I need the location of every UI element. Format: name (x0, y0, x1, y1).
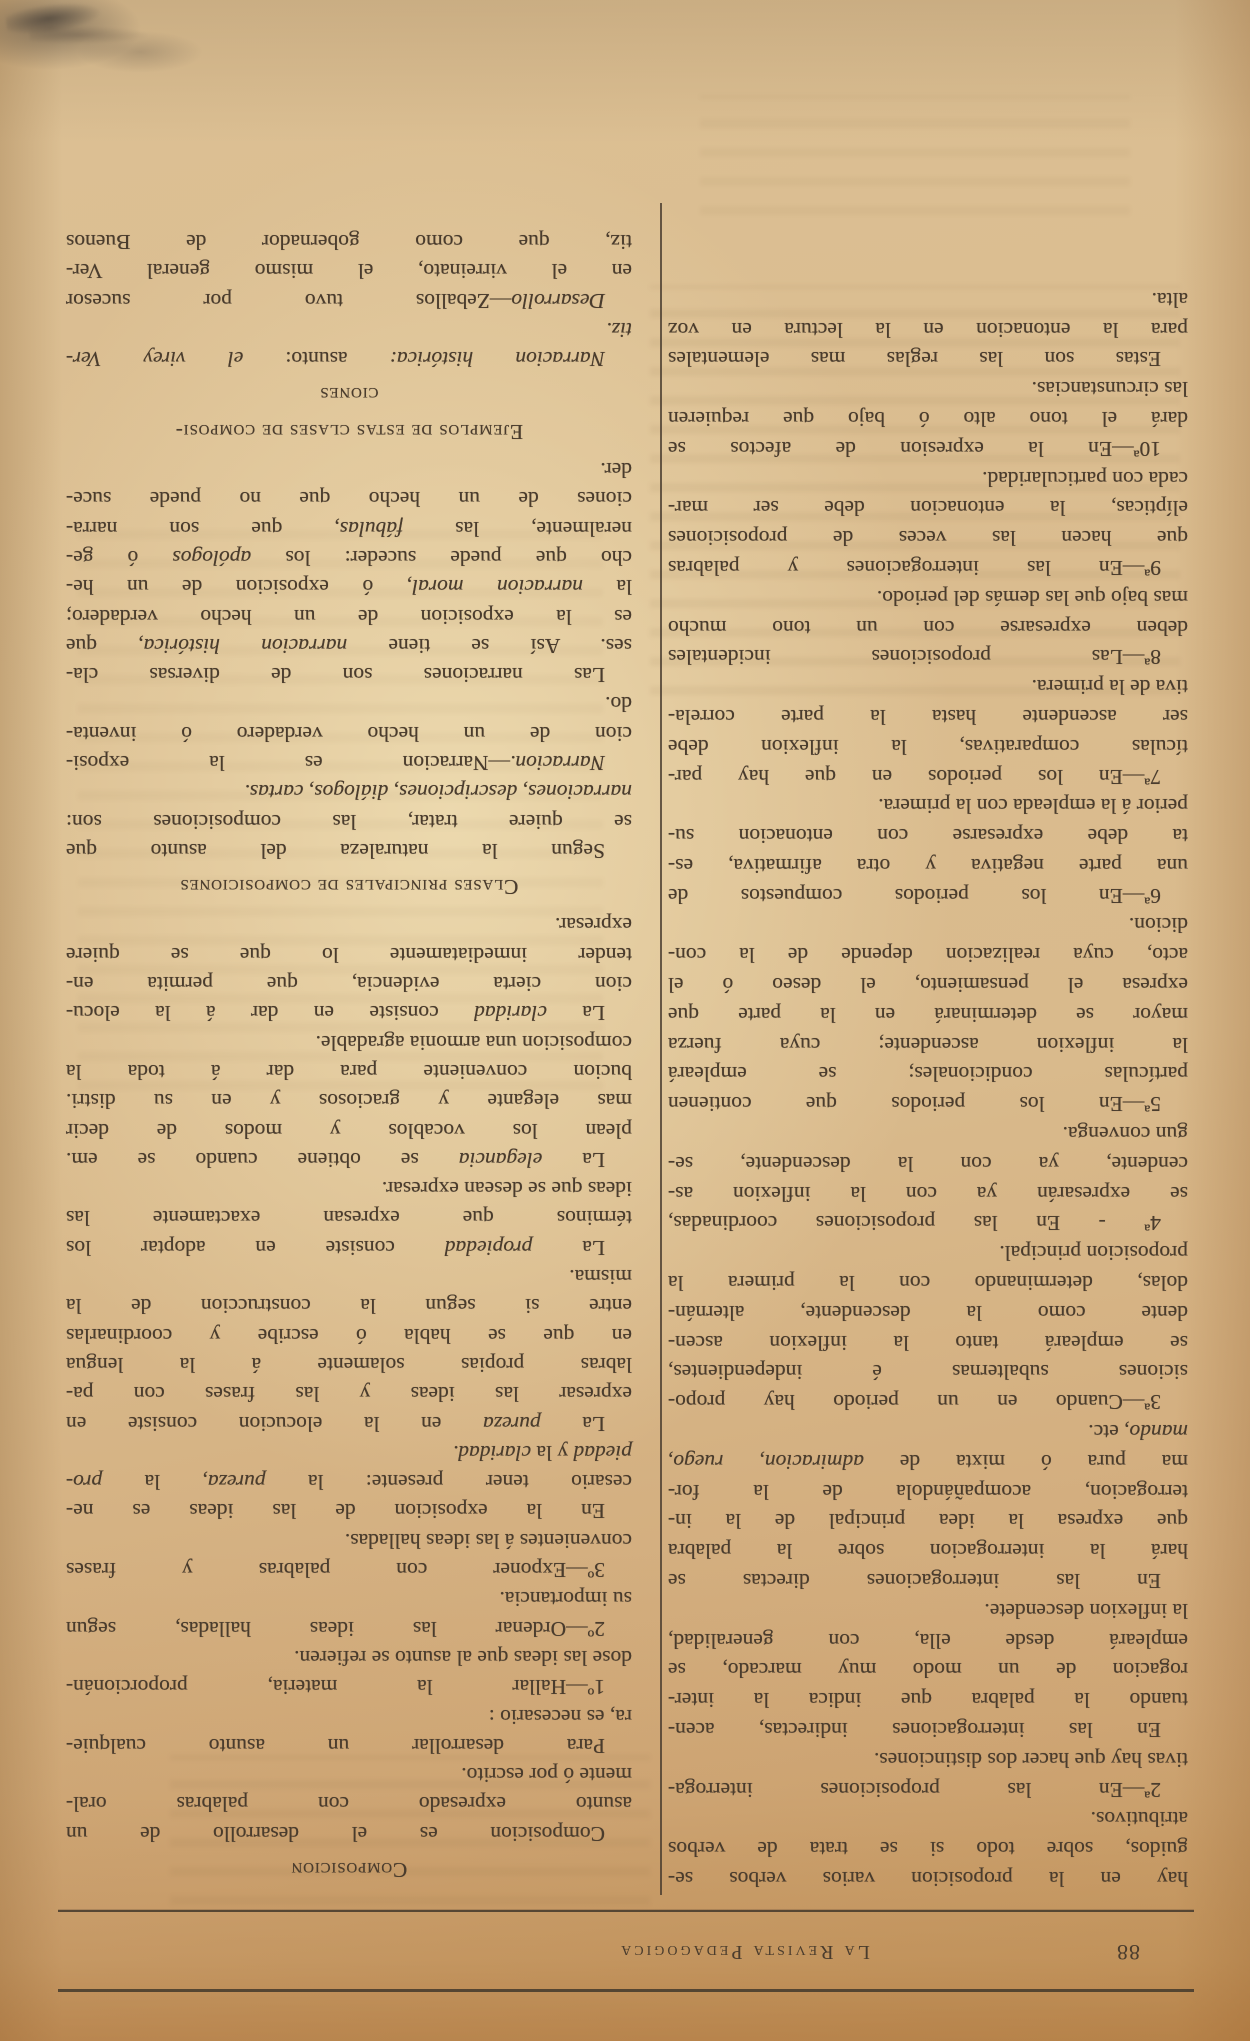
text-line: guidos, sobre todo si se trata de verbos (668, 1833, 1188, 1863)
text-line: misma. (66, 1262, 632, 1291)
text-line: es la exposicion de un hecho verdadero; (66, 601, 632, 630)
text-line: ser ascendente hasta la parte correla- (668, 701, 1188, 731)
text-line: La propiedad consiste en adoptar los (66, 1232, 632, 1261)
text-line: entre si segun la construccion de la (66, 1291, 632, 1320)
text-line: der. (66, 455, 632, 484)
text-line: composicion una armonia agradable. (66, 1027, 632, 1056)
text-line: hará la interrogacion sobre la palabra (668, 1535, 1188, 1565)
text-line: tivas hay que hacer dos distinciones. (668, 1744, 1188, 1774)
text-line: expresar. (66, 910, 632, 939)
text-line: mas bajo que las demás del periodo. (668, 582, 1188, 612)
right-column: ComposicionComposicion es el desarrollo … (66, 227, 632, 1893)
header-rule-bottom (58, 1910, 1194, 1912)
pencil-smudge (30, 26, 150, 44)
text-line: las circunstancias. (668, 373, 1188, 403)
text-line: piedad y la claridad. (66, 1438, 632, 1467)
text-line: atributivos. (668, 1804, 1188, 1834)
text-line: 4ª - En las proposiciones coordinadas, (668, 1208, 1188, 1238)
text-line: gun convenga. (668, 1118, 1188, 1148)
text-line: tiva de la primera. (668, 671, 1188, 701)
text-line: partículas condicionales; se empleará (668, 1059, 1188, 1089)
text-line: la narracion moral, ó exposicion de un h… (66, 572, 632, 601)
text-line: 1º—Hallar la materia, proporcionán- (66, 1672, 632, 1701)
text-line: proposicion principal. (668, 1237, 1188, 1267)
text-line: La elegancia se obtiene cuando se em. (66, 1145, 632, 1174)
text-line: empleará desde ella, con generalidad, (668, 1625, 1188, 1655)
text-line: rogacion de un modo muy marcado, se (668, 1655, 1188, 1685)
text-line: asunto expresado con palabras oral- (66, 1789, 632, 1818)
text-line: ciones de un hecho que no puede suce- (66, 484, 632, 513)
text-line: dose las ideas que al asunto se refieren… (66, 1643, 632, 1672)
text-line: ses. Así se tiene narracion histórica, q… (66, 631, 632, 660)
header-rule-top (58, 1989, 1194, 1992)
text-line: expresar las ideas y las frases con pa- (66, 1379, 632, 1408)
text-line: que hacen las veces de proposiciones (668, 522, 1188, 552)
text-line: 10ª—En la expresion de afectos se (668, 433, 1188, 463)
text-line: 8ª—Las proposiciones incidentales (668, 642, 1188, 672)
text-line: se empleará tanto la inflexion ascen- (668, 1327, 1188, 1357)
text-line: acto, cuya realizacion depende de la con… (668, 940, 1188, 970)
text-line: La pureza en la elocucion consiste en (66, 1408, 632, 1437)
text-line: convenientes á las ideas halladas. (66, 1525, 632, 1554)
text-line: dicion. (668, 910, 1188, 940)
text-line: 7ª—En los periodos en que hay par- (668, 761, 1188, 791)
text-line: 2ª—En las proposiciones interroga- (668, 1774, 1188, 1804)
section-heading: Clases principales de composiciones (66, 872, 632, 901)
page-number: 88 (1116, 1939, 1140, 1965)
text-line: mente ó por escrito. (66, 1760, 632, 1789)
text-line: Composicion es el desarrollo de un (66, 1818, 632, 1847)
text-line: neralmente, las fábulas, que son narra- (66, 513, 632, 542)
text-line: mayor se determinará en la parte que (668, 999, 1188, 1029)
text-line: ma pura ó mixta de admiracion, ruego, (668, 1446, 1188, 1476)
text-line: siciones subalternas é independientes, (668, 1357, 1188, 1387)
text-line: tiz, que como gobernador de Buenos (66, 227, 632, 256)
text-line: hay en la proposicion varios verbos se- (668, 1863, 1188, 1893)
text-line: 5ª—En los periodos que contienen (668, 1088, 1188, 1118)
paper-sheet: 88 La Revista Pedagogica hay en la propo… (0, 0, 1250, 2041)
text-line: deben expresarse con un tono mucho (668, 612, 1188, 642)
text-line: Estas son las reglas mas elementales (668, 344, 1188, 374)
text-line: ra, es necesario : (66, 1701, 632, 1730)
text-line: cendente, ya con la descendente, se- (668, 1148, 1188, 1178)
text-line: dolas, determinando con la primera la (668, 1267, 1188, 1297)
column-divider (660, 203, 662, 1895)
text-line: Las narraciones son de diversas cla- (66, 660, 632, 689)
text-line: plean los vocablos y modos de decir (66, 1115, 632, 1144)
text-line: Para desarrollar un asunto cualquie- (66, 1731, 632, 1760)
text-line: cho que puede suceder: los apólogos ó ge… (66, 543, 632, 572)
text-line: tuando la palabra que indica la inter- (668, 1684, 1188, 1714)
text-line: alta. (668, 284, 1188, 314)
text-line: una parte negativa y otra afirmativa, es… (668, 850, 1188, 880)
text-line: ideas que se desean expresar. (66, 1174, 632, 1203)
journal-title: La Revista Pedagogica (438, 1940, 1050, 1963)
text-line: que expresa la idea principal de la in- (668, 1506, 1188, 1536)
text-line: tículas comparativas, la inflexion debe (668, 731, 1188, 761)
text-line: 3ª—Cuando en un periodo hay propo- (668, 1386, 1188, 1416)
text-line: 2º—Ordenar las ideas halladas, segun (66, 1613, 632, 1642)
text-line: Narracion histórica: asunto: el virey Ve… (66, 344, 632, 373)
text-line: do. (66, 689, 632, 718)
text-line: su importancia. (66, 1584, 632, 1613)
text-line: bucion conveniente para dar á toda la (66, 1057, 632, 1086)
text-line: cada con particularidad. (668, 463, 1188, 493)
text-line: para la entonacion en la lectura en voz (668, 314, 1188, 344)
text-line: se expresarán ya con la inflexion as- (668, 1178, 1188, 1208)
text-line: labras propias solamente á la lengua (66, 1350, 632, 1379)
section-heading: ciones (66, 380, 632, 409)
text-line: expresa el pensamiento, el deseo ó el (668, 969, 1188, 999)
text-line: En las interrogaciones indirectas, acen- (668, 1714, 1188, 1744)
text-line: la inflexion descendete. (668, 1595, 1188, 1625)
text-line: se quiere tratar, las composiciones son: (66, 806, 632, 835)
text-line: dente como la descendente, alternán- (668, 1297, 1188, 1327)
text-line: cesario tener presente: la pureza, la pr… (66, 1467, 632, 1496)
text-line: ta debe expresarse con entonacion su- (668, 820, 1188, 850)
left-column: hay en la proposicion varios verbos se-g… (668, 284, 1188, 1893)
text-line: la inflexion ascendente; cuya fuerza (668, 1029, 1188, 1059)
section-heading: Ejemplos de estas clases de composi- (66, 416, 632, 445)
text-line: en el virreinato, el mismo general Ver- (66, 256, 632, 285)
text-line: La claridad consiste en dar á la elocu- (66, 998, 632, 1027)
text-line: en que se habla ó escribe y coordinarlas (66, 1320, 632, 1349)
text-line: En la exposicion de las ideas es ne- (66, 1496, 632, 1525)
text-line: terrogacion, acompañándola de la for- (668, 1476, 1188, 1506)
text-line: Desarrollo—Zeballos tuvo por sucesor (66, 285, 632, 314)
text-line: 9ª—En las interrogaciones y palabras (668, 552, 1188, 582)
scanned-page: { "page": { "orientation": "rotated-180"… (0, 0, 1250, 2041)
text-line: mas elegante y graciosos y en su distri. (66, 1086, 632, 1115)
text-line: En las interrogaciones directas se (668, 1565, 1188, 1595)
text-line: cion de un hecho verdadero ó inventa- (66, 718, 632, 747)
text-line: perior á la empleada con la primera. (668, 791, 1188, 821)
text-line: narraciones, descripciones, diálogos, ca… (66, 777, 632, 806)
text-line: elípticas, la entonacion debe ser mar- (668, 493, 1188, 523)
text-line: Segun la naturaleza del asunto que (66, 836, 632, 865)
text-line: términos que expresan exactamente las (66, 1203, 632, 1232)
text-line: 3º—Exponer con palabras y frases (66, 1555, 632, 1584)
text-line: tender inmediatamente lo que se quiere (66, 940, 632, 969)
text-line: Narracion.—Narracion es la exposi- (66, 748, 632, 777)
text-line: tiz. (66, 315, 632, 344)
text-line: mando, etc. (668, 1416, 1188, 1446)
text-line: 6ª—En los periodos compuestos de (668, 880, 1188, 910)
section-heading: Composicion (66, 1855, 632, 1884)
text-line: dará el tono alto ó bajo que requieren (668, 403, 1188, 433)
text-line: cion cierta evidencia, que permita en- (66, 969, 632, 998)
